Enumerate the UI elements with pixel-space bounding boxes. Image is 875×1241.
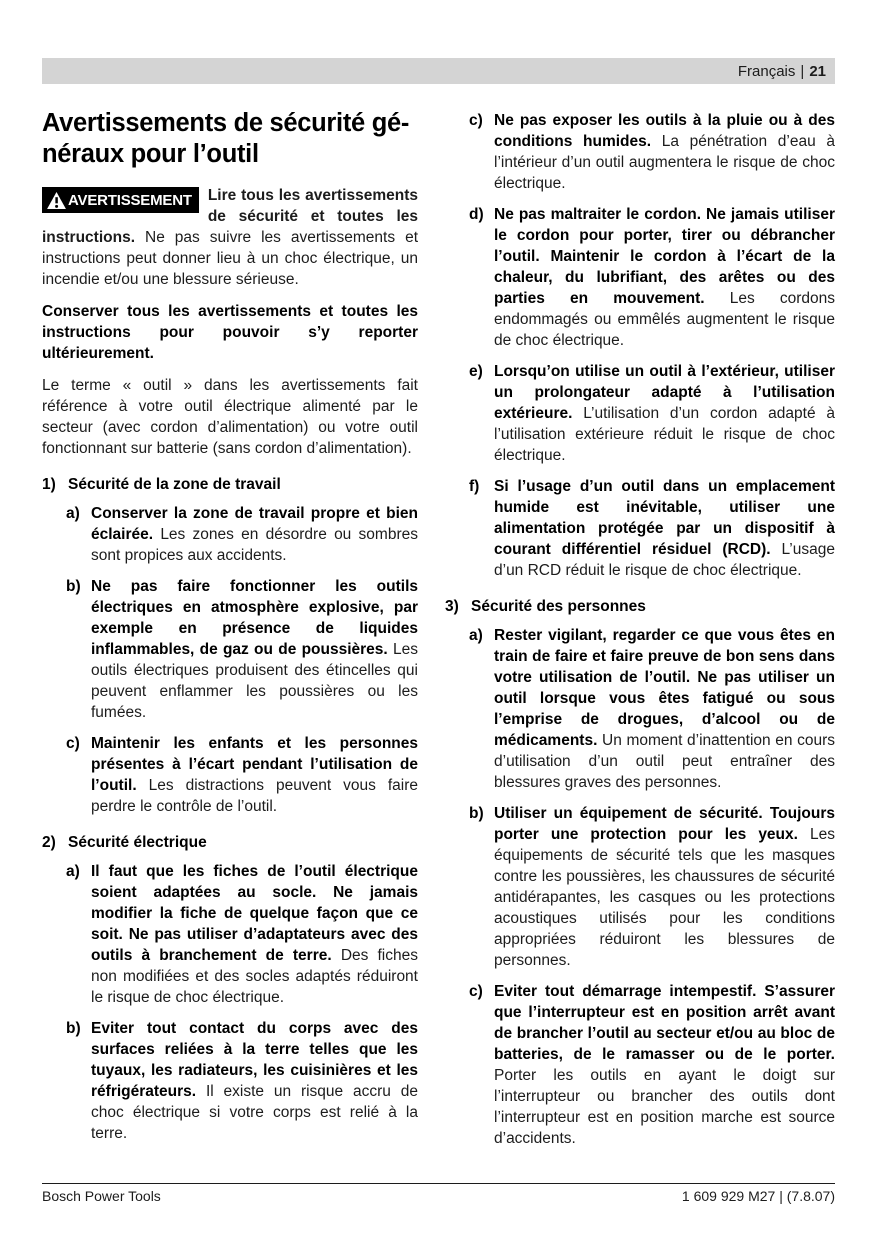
document-page: Français | 21 Avertissements de sécurité… <box>0 0 875 1241</box>
header-separator: | <box>800 63 804 80</box>
right-column: c) Ne pas exposer les outils à la pluie … <box>445 108 835 1159</box>
section-2-number: 2) <box>42 832 68 853</box>
two-column-layout: Avertissements de sécurité gé-néraux pou… <box>42 108 835 1159</box>
list-item-1c: c) Maintenir les enfants et les personne… <box>66 733 418 817</box>
list-item-2b: b) Eviter tout contact du corps avec des… <box>66 1018 418 1144</box>
item-body: Ne pas maltraiter le cordon. Ne jamais u… <box>494 204 835 351</box>
footer-document-number: 1 609 929 M27 | (7.8.07) <box>682 1188 835 1204</box>
page-header-bar: Français | 21 <box>42 58 835 84</box>
item-body: Il faut que les fiches de l’outil électr… <box>91 861 418 1008</box>
item-body: Conserver la zone de travail propre et b… <box>91 503 418 566</box>
footer-brand: Bosch Power Tools <box>42 1188 161 1204</box>
item-body: Ne pas exposer les outils à la pluie ou … <box>494 110 835 194</box>
item-body: Ne pas faire fonctionner les outils élec… <box>91 576 418 723</box>
item-body: Utiliser un équipement de sécurité. Touj… <box>494 803 835 971</box>
item-letter: a) <box>66 503 91 566</box>
header-language-label: Français <box>738 63 796 80</box>
item-body: Eviter tout démarrage intempestif. S’ass… <box>494 981 835 1149</box>
item-letter: a) <box>66 861 91 1008</box>
item-body: Rester vigilant, regarder ce que vous êt… <box>494 625 835 793</box>
item-bold-text: Rester vigilant, regarder ce que vous êt… <box>494 627 835 749</box>
section-1-heading: 1) Sécurité de la zone de travail <box>42 474 418 495</box>
list-item-1b: b) Ne pas faire fonctionner les outils é… <box>66 576 418 723</box>
item-text: Les équipements de sécurité tels que les… <box>494 826 835 969</box>
section-3-title: Sécurité des personnes <box>471 596 646 617</box>
list-item-2a: a) Il faut que les fiches de l’outil éle… <box>66 861 418 1008</box>
warning-paragraph: AVERTISSEMENT Lire tous les avertissemen… <box>42 185 418 290</box>
item-text: Porter les outils en ayant le doigt sur … <box>494 1067 835 1147</box>
item-letter: a) <box>469 625 494 793</box>
term-definition-paragraph: Le terme « outil » dans les avertissemen… <box>42 375 418 459</box>
list-item-2e: e) Lorsqu’on utilise un outil à l’extéri… <box>469 361 835 466</box>
list-item-2d: d) Ne pas maltraiter le cordon. Ne jamai… <box>469 204 835 351</box>
page-title: Avertissements de sécurité gé-néraux pou… <box>42 108 418 170</box>
item-letter: c) <box>66 733 91 817</box>
section-1-number: 1) <box>42 474 68 495</box>
item-letter: c) <box>469 981 494 1149</box>
list-item-2c: c) Ne pas exposer les outils à la pluie … <box>469 110 835 194</box>
left-column: Avertissements de sécurité gé-néraux pou… <box>42 108 418 1159</box>
item-body: Eviter tout contact du corps avec des su… <box>91 1018 418 1144</box>
item-body: Si l’usage d’un outil dans un emplacemen… <box>494 476 835 581</box>
section-2-title: Sécurité électrique <box>68 832 207 853</box>
section-2-heading: 2) Sécurité électrique <box>42 832 418 853</box>
section-3-heading: 3) Sécurité des personnes <box>445 596 835 617</box>
section-3-number: 3) <box>445 596 471 617</box>
list-item-2f: f) Si l’usage d’un outil dans un emplace… <box>469 476 835 581</box>
warning-badge: AVERTISSEMENT <box>42 187 199 213</box>
item-bold-text: Utiliser un équipement de sécurité. Touj… <box>494 805 835 843</box>
item-letter: c) <box>469 110 494 194</box>
warning-triangle-icon <box>47 192 66 209</box>
item-letter: d) <box>469 204 494 351</box>
list-item-3b: b) Utiliser un équipement de sécurité. T… <box>469 803 835 971</box>
section-1-title: Sécurité de la zone de travail <box>68 474 281 495</box>
item-letter: b) <box>469 803 494 971</box>
list-item-3a: a) Rester vigilant, regarder ce que vous… <box>469 625 835 793</box>
item-letter: b) <box>66 1018 91 1144</box>
page-footer: Bosch Power Tools 1 609 929 M27 | (7.8.0… <box>42 1183 835 1204</box>
list-item-3c: c) Eviter tout démarrage intempestif. S’… <box>469 981 835 1149</box>
list-item-1a: a) Conserver la zone de travail propre e… <box>66 503 418 566</box>
item-body: Lorsqu’on utilise un outil à l’extérieur… <box>494 361 835 466</box>
item-body: Maintenir les enfants et les personnes p… <box>91 733 418 817</box>
page-title-line2: néraux pour l’outil <box>42 140 259 168</box>
item-letter: f) <box>469 476 494 581</box>
keep-instructions-paragraph: Conserver tous les avertissements et tou… <box>42 301 418 364</box>
warning-badge-label: AVERTISSEMENT <box>68 190 192 211</box>
page-title-line1: Avertissements de sécurité gé- <box>42 109 409 137</box>
item-letter: e) <box>469 361 494 466</box>
item-letter: b) <box>66 576 91 723</box>
item-text: Les distractions peuvent vous faire perd… <box>91 777 418 815</box>
header-page-number: 21 <box>809 63 826 80</box>
item-bold-text: Eviter tout démarrage intempestif. S’ass… <box>494 983 835 1063</box>
item-bold-text: Ne pas faire fonctionner les outils élec… <box>91 578 418 658</box>
